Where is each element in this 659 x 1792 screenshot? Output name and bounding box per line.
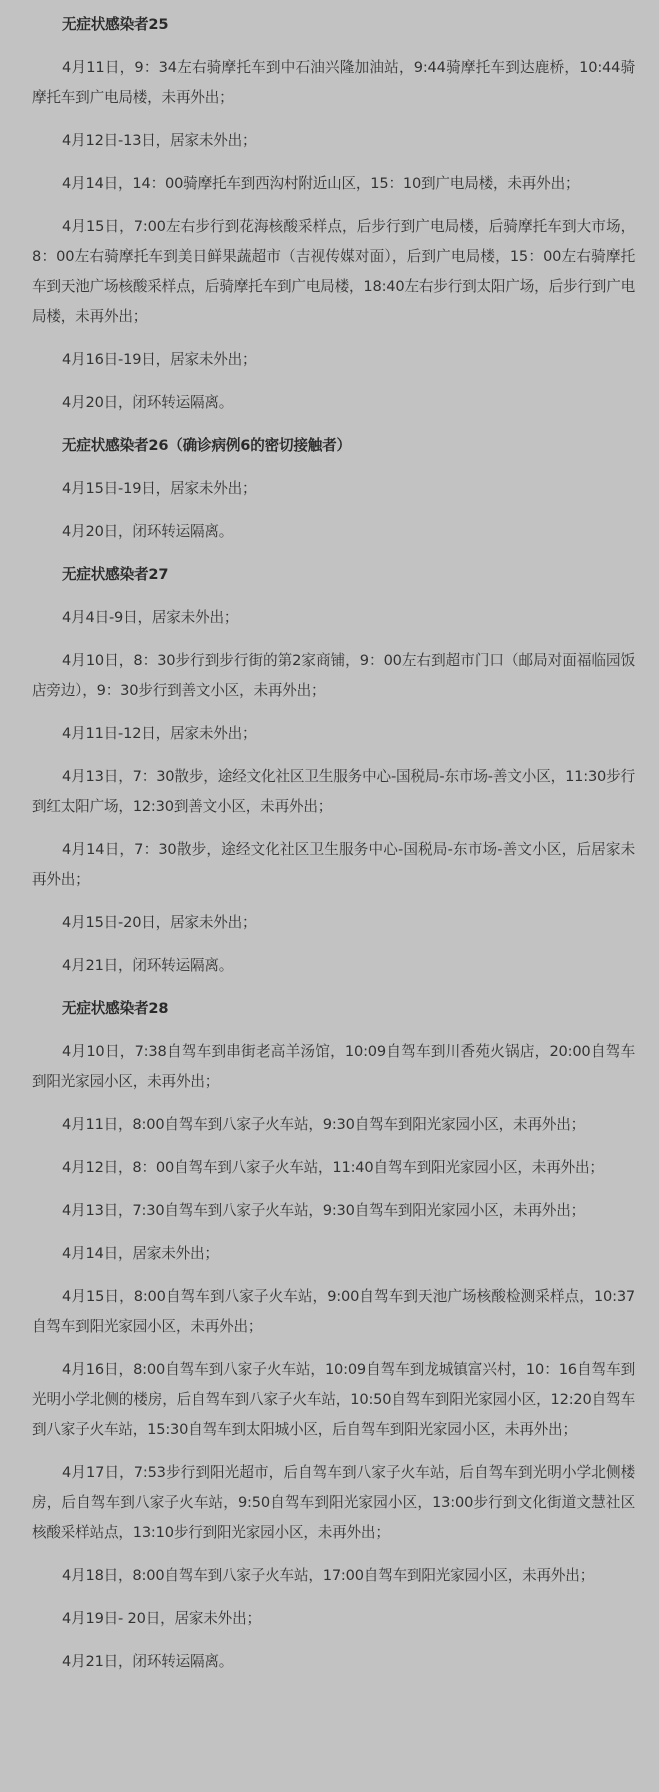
section-heading-case-27: 无症状感染者27 xyxy=(32,560,635,590)
itinerary-entry: 4月4日-9日，居家未外出； xyxy=(32,603,635,633)
itinerary-entry: 4月10日，7:38自驾车到串街老高羊汤馆，10:09自驾车到川香苑火锅店，20… xyxy=(32,1037,635,1097)
section-heading-case-28: 无症状感染者28 xyxy=(32,994,635,1024)
itinerary-entry: 4月12日，8：00自驾车到八家子火车站，11:40自驾车到阳光家园小区，未再外… xyxy=(32,1153,635,1183)
itinerary-entry: 4月18日，8:00自驾车到八家子火车站，17:00自驾车到阳光家园小区，未再外… xyxy=(32,1561,635,1591)
itinerary-entry: 4月12日-13日，居家未外出； xyxy=(32,126,635,156)
itinerary-entry: 4月11日，8:00自驾车到八家子火车站，9:30自驾车到阳光家园小区，未再外出… xyxy=(32,1110,635,1140)
itinerary-entry: 4月20日，闭环转运隔离。 xyxy=(32,388,635,418)
itinerary-entry: 4月19日- 20日，居家未外出； xyxy=(32,1604,635,1634)
itinerary-entry: 4月17日，7:53步行到阳光超市，后自驾车到八家子火车站，后自驾车到光明小学北… xyxy=(32,1458,635,1548)
itinerary-entry: 4月14日，14：00骑摩托车到西沟村附近山区，15：10到广电局楼，未再外出； xyxy=(32,169,635,199)
itinerary-entry: 4月15日-20日，居家未外出； xyxy=(32,908,635,938)
itinerary-entry: 4月16日-19日，居家未外出； xyxy=(32,345,635,375)
itinerary-entry: 4月15日，7:00左右步行到花海核酸采样点，后步行到广电局楼，后骑摩托车到大市… xyxy=(32,212,635,332)
itinerary-entry: 4月21日，闭环转运隔离。 xyxy=(32,951,635,981)
itinerary-entry: 4月10日，8：30步行到步行街的第2家商铺，9：00左右到超市门口（邮局对面福… xyxy=(32,646,635,706)
itinerary-entry: 4月15日，8:00自驾车到八家子火车站，9:00自驾车到天池广场核酸检测采样点… xyxy=(32,1282,635,1342)
document-body: 无症状感染者25 4月11日，9：34左右骑摩托车到中石油兴隆加油站，9:44骑… xyxy=(0,0,659,1677)
itinerary-entry: 4月21日，闭环转运隔离。 xyxy=(32,1647,635,1677)
itinerary-entry: 4月14日，居家未外出； xyxy=(32,1239,635,1269)
itinerary-entry: 4月13日，7：30散步，途经文化社区卫生服务中心-国税局-东市场-善文小区，1… xyxy=(32,762,635,822)
itinerary-entry: 4月15日-19日，居家未外出； xyxy=(32,474,635,504)
itinerary-entry: 4月14日，7：30散步，途经文化社区卫生服务中心-国税局-东市场-善文小区，后… xyxy=(32,835,635,895)
section-heading-case-25: 无症状感染者25 xyxy=(32,10,635,40)
itinerary-entry: 4月11日，9：34左右骑摩托车到中石油兴隆加油站，9:44骑摩托车到达鹿桥，1… xyxy=(32,53,635,113)
itinerary-entry: 4月16日，8:00自驾车到八家子火车站，10:09自驾车到龙城镇富兴村，10：… xyxy=(32,1355,635,1445)
itinerary-entry: 4月20日，闭环转运隔离。 xyxy=(32,517,635,547)
section-heading-case-26: 无症状感染者26（确诊病例6的密切接触者） xyxy=(32,431,635,461)
itinerary-entry: 4月13日，7:30自驾车到八家子火车站，9:30自驾车到阳光家园小区，未再外出… xyxy=(32,1196,635,1226)
itinerary-entry: 4月11日-12日，居家未外出； xyxy=(32,719,635,749)
